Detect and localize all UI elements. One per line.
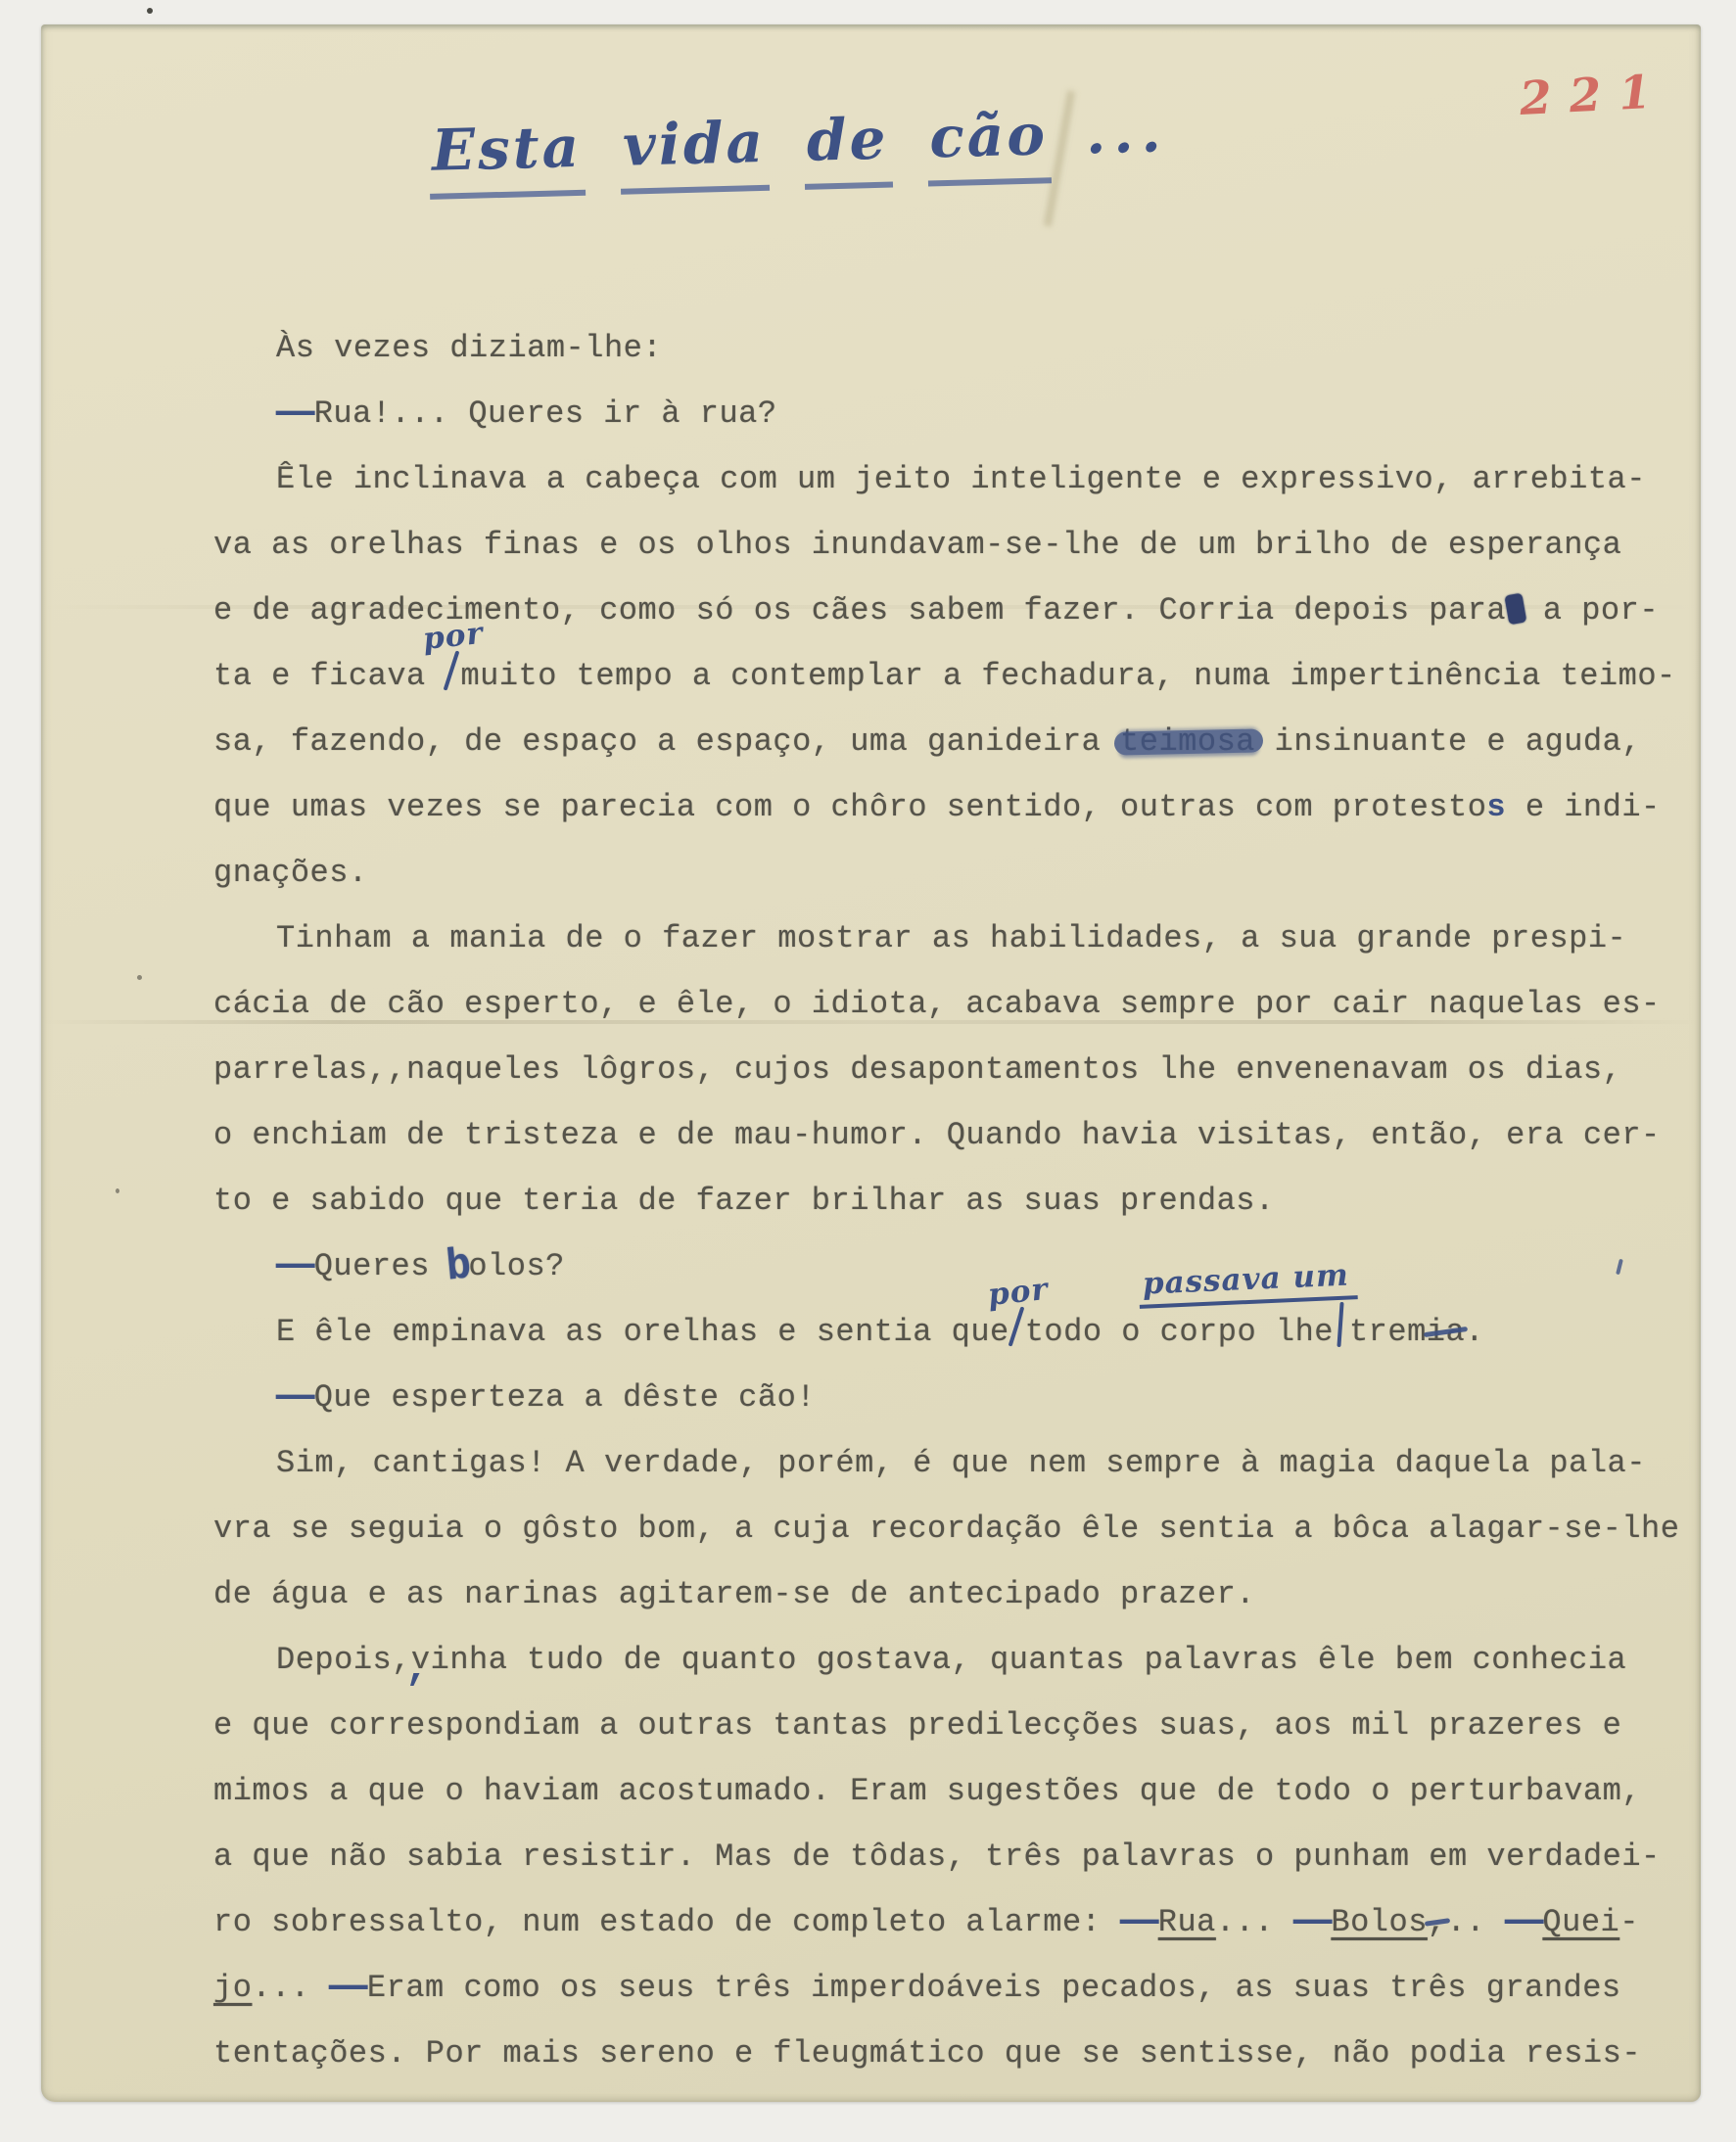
typed-text: parrelas,,naqueles lôgros, cujos desapon… <box>213 1051 1621 1088</box>
ink-speck <box>137 975 142 980</box>
typed-text: muito tempo a contemplar a fechadura, nu… <box>460 658 1675 694</box>
edit-strike: ia <box>1427 1314 1465 1350</box>
typed-line: — Rua!... Queres ir à rua? <box>213 381 1712 446</box>
typed-line: cácia de cão esperto, e êle, o idiota, a… <box>213 971 1712 1037</box>
typed-text: e de agradecimento, como só os cães sabe… <box>213 592 1506 629</box>
typed-line: Êle inclinava a cabeça com um jeito inte… <box>213 446 1712 512</box>
inserted-word: por <box>422 619 486 655</box>
typed-line: a que não sabia resistir. Mas de tôdas, … <box>213 1824 1712 1889</box>
handwritten-insertion: passava um <box>1334 1310 1349 1345</box>
handwritten-insertion: por <box>1009 1310 1025 1345</box>
caret-mark-icon <box>1337 1302 1343 1347</box>
typed-line: e que correspondiam a outras tantas pred… <box>213 1693 1712 1758</box>
typed-text: - <box>1619 1904 1639 1940</box>
typed-text: Que esperteza a dêste cão! <box>295 1379 816 1416</box>
typed-text: trem <box>1349 1314 1427 1350</box>
typed-text: va as orelhas finas e os olhos inundavam… <box>213 527 1621 563</box>
title-word: de <box>803 106 893 190</box>
edit-dash: — <box>329 1942 367 2030</box>
inserted-word: por <box>986 1275 1050 1311</box>
typed-line: mimos a que o haviam acostumado. Eram su… <box>213 1758 1712 1824</box>
typed-text: e que correspondiam a outras tantas pred… <box>213 1707 1621 1744</box>
typed-text: . <box>1465 1314 1484 1350</box>
typed-line: o enchiam de tristeza e de mau-humor. Qu… <box>213 1102 1712 1168</box>
typed-text: to e sabido que teria de fazer brilhar a… <box>213 1183 1275 1219</box>
typed-text: ro sobressalto, num estado de completo a… <box>213 1904 1120 1940</box>
edit-blue: s <box>1486 789 1506 825</box>
typed-text: .. <box>1447 1904 1505 1940</box>
typed-line: to e sabido que teria de fazer brilhar a… <box>213 1168 1712 1234</box>
typed-text: a que não sabia resistir. Mas de tôdas, … <box>213 1839 1661 1875</box>
typed-text: vinha tudo de quanto gostava, quantas pa… <box>411 1642 1626 1678</box>
ink-speck <box>147 8 153 14</box>
typed-text: Eram como os seus três imperdoáveis peca… <box>348 1970 1620 2006</box>
typed-text: Êle inclinava a cabeça com um jeito inte… <box>276 461 1646 497</box>
typed-text: o enchiam de tristeza e de mau-humor. Qu… <box>213 1117 1661 1153</box>
edit-u: Rua <box>1158 1904 1216 1940</box>
typed-line: tentações. Por mais sereno e fleugmático… <box>213 2021 1712 2086</box>
typed-text: que umas vezes se parecia com o chôro se… <box>213 789 1486 825</box>
typed-line: sa, fazendo, de espaço a espaço, uma gan… <box>213 709 1712 774</box>
typed-line: ta e ficava pormuito tempo a contemplar … <box>213 643 1712 709</box>
typed-text: a por- <box>1524 592 1659 629</box>
page-number: 221 <box>1519 65 1670 126</box>
typed-line: gnações. <box>213 840 1712 906</box>
typed-text: Tinham a mania de o fazer mostrar as hab… <box>276 920 1626 956</box>
inserted-word: passava um <box>1138 1260 1358 1309</box>
edit-strike: , <box>1428 1904 1447 1940</box>
typed-text: ... <box>1216 1904 1293 1940</box>
title-word: Esta <box>428 114 586 200</box>
edit-dash: — <box>1293 1877 1332 1965</box>
typed-text: sa, fazendo, de espaço a espaço, uma gan… <box>213 723 1120 760</box>
typed-text: Depois, <box>276 1642 411 1678</box>
typed-line: jo... — Eram como os seus três imperdoáv… <box>213 1955 1712 2021</box>
typed-line: que umas vezes se parecia com o chôro se… <box>213 774 1712 840</box>
typed-text: mimos a que o haviam acostumado. Eram su… <box>213 1773 1641 1809</box>
typed-text: gnações. <box>213 855 368 891</box>
typed-text: de água e as narinas agitarem-se de ante… <box>213 1576 1255 1612</box>
typed-text: Queres <box>295 1248 449 1284</box>
typed-text: insinuante e aguda, <box>1255 723 1641 760</box>
edit-dash: — <box>276 1221 314 1309</box>
caret-mark-icon <box>444 650 460 690</box>
edit-dash: — <box>276 368 314 456</box>
typed-line: Às vezes diziam-lhe: <box>213 315 1712 381</box>
edit-dash: — <box>1505 1877 1543 1965</box>
typed-line: ro sobressalto, num estado de completo a… <box>213 1889 1712 1955</box>
typed-text: tentações. Por mais sereno e fleugmático… <box>213 2035 1641 2072</box>
edit-blotword: teimosa <box>1120 723 1255 760</box>
typed-text: vra se seguia o gôsto bom, a cuja record… <box>213 1511 1679 1547</box>
typed-line: Depois,,vinha tudo de quanto gostava, qu… <box>213 1627 1712 1693</box>
typed-body: Às vezes diziam-lhe:— Rua!... Queres ir … <box>213 315 1712 2086</box>
edit-u: Bolos <box>1331 1904 1428 1940</box>
typed-text: todo o corpo lhe <box>1025 1314 1334 1350</box>
typed-line: — Queres bolos? <box>213 1234 1712 1299</box>
edit-dash: — <box>276 1352 314 1440</box>
ink-speck <box>116 1188 119 1193</box>
title-word: vida <box>619 109 770 195</box>
typed-line: de água e as narinas agitarem-se de ante… <box>213 1561 1712 1627</box>
edit-dash: — <box>1120 1877 1158 1965</box>
typed-text: e indi- <box>1506 789 1661 825</box>
typed-line: Sim, cantigas! A verdade, porém, é que n… <box>213 1430 1712 1496</box>
title-ellipsis: ... <box>1085 98 1169 166</box>
typed-text: E êle empinava as orelhas e sentia que <box>276 1314 1009 1350</box>
handwritten-insertion: por <box>445 654 460 689</box>
caret-mark-icon <box>1008 1306 1024 1346</box>
typed-text: cácia de cão esperto, e êle, o idiota, a… <box>213 986 1661 1022</box>
scanned-page: 221 Estavidadecão... Às vezes diziam-lhe… <box>0 0 1736 2142</box>
typed-text: Sim, cantigas! A verdade, porém, é que n… <box>276 1445 1646 1481</box>
typed-text: Rua!... Queres ir à rua? <box>295 396 777 432</box>
typed-line: — Que esperteza a dêste cão! <box>213 1365 1712 1430</box>
title-word: cão <box>925 101 1052 186</box>
typed-line: Tinham a mania de o fazer mostrar as hab… <box>213 906 1712 971</box>
typed-text: ta e ficava <box>213 658 445 694</box>
edit-u: Quei <box>1542 1904 1619 1940</box>
typed-line: va as orelhas finas e os olhos inundavam… <box>213 512 1712 578</box>
typed-text: Às vezes diziam-lhe: <box>276 330 662 366</box>
edit-u: jo <box>213 1970 252 2006</box>
typed-line: parrelas,,naqueles lôgros, cujos desapon… <box>213 1037 1712 1102</box>
typed-text: ... <box>252 1970 329 2006</box>
typed-line: vra se seguia o gôsto bom, a cuja record… <box>213 1496 1712 1561</box>
typed-text: olos? <box>468 1248 565 1284</box>
typed-line: E êle empinava as orelhas e sentia quepo… <box>213 1299 1712 1365</box>
